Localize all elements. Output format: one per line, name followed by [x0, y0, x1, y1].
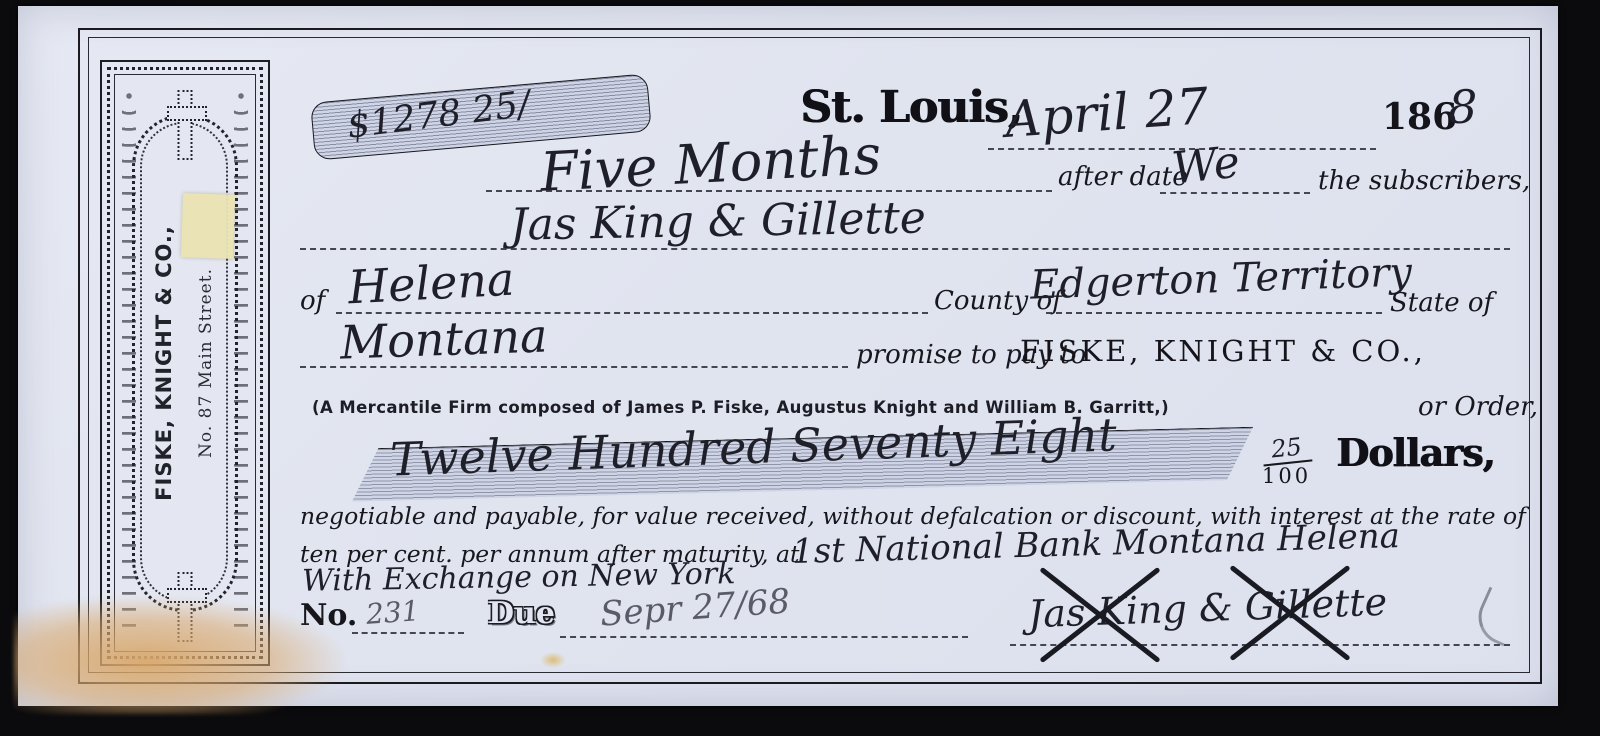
corner-stain	[14, 596, 344, 714]
panel-firm-name: FISKE, KNIGHT & CO.,	[152, 225, 176, 501]
year-printed: 186	[1382, 96, 1457, 138]
cents-denominator: 100	[1262, 464, 1311, 488]
county-fill-line	[1046, 310, 1382, 314]
of-label: of	[300, 286, 325, 316]
ornamental-side-panel: FISKE, KNIGHT & CO., No. 87 Main Street.	[100, 60, 270, 666]
city-handwritten: Helena	[347, 252, 516, 315]
year-handwritten: 8	[1448, 80, 1477, 134]
subscribers-label: the subscribers,	[1318, 166, 1530, 196]
payee-name: FISKE, KNIGHT & CO.,	[1020, 334, 1426, 368]
no-handwritten: 231	[365, 594, 421, 631]
cancellation-x-mark	[1230, 568, 1350, 658]
scanned-promissory-note: FISKE, KNIGHT & CO., No. 87 Main Street.…	[0, 0, 1600, 736]
panel-address: No. 87 Main Street.	[196, 268, 216, 458]
cents-fraction: 25 100	[1262, 434, 1311, 488]
dollars-label: Dollars,	[1336, 430, 1494, 475]
cross-ornament-top	[167, 90, 203, 156]
paper-sticker-residue	[181, 193, 235, 259]
state-label: State of	[1390, 288, 1493, 318]
cents-numerator-handwritten: 25	[1261, 432, 1313, 467]
state-handwritten: Montana	[339, 308, 548, 369]
due-fill-line	[560, 634, 968, 638]
we-handwritten: We	[1170, 137, 1243, 195]
cancellation-x-mark	[1040, 570, 1160, 660]
after-date-label: after date	[1058, 162, 1188, 192]
or-order-label: or Order,	[1418, 392, 1538, 422]
payers-handwritten: Jas King & Gillette	[510, 192, 927, 250]
small-stain	[540, 652, 566, 668]
due-label: Due	[488, 596, 555, 631]
payers-fill-line	[300, 246, 1510, 250]
